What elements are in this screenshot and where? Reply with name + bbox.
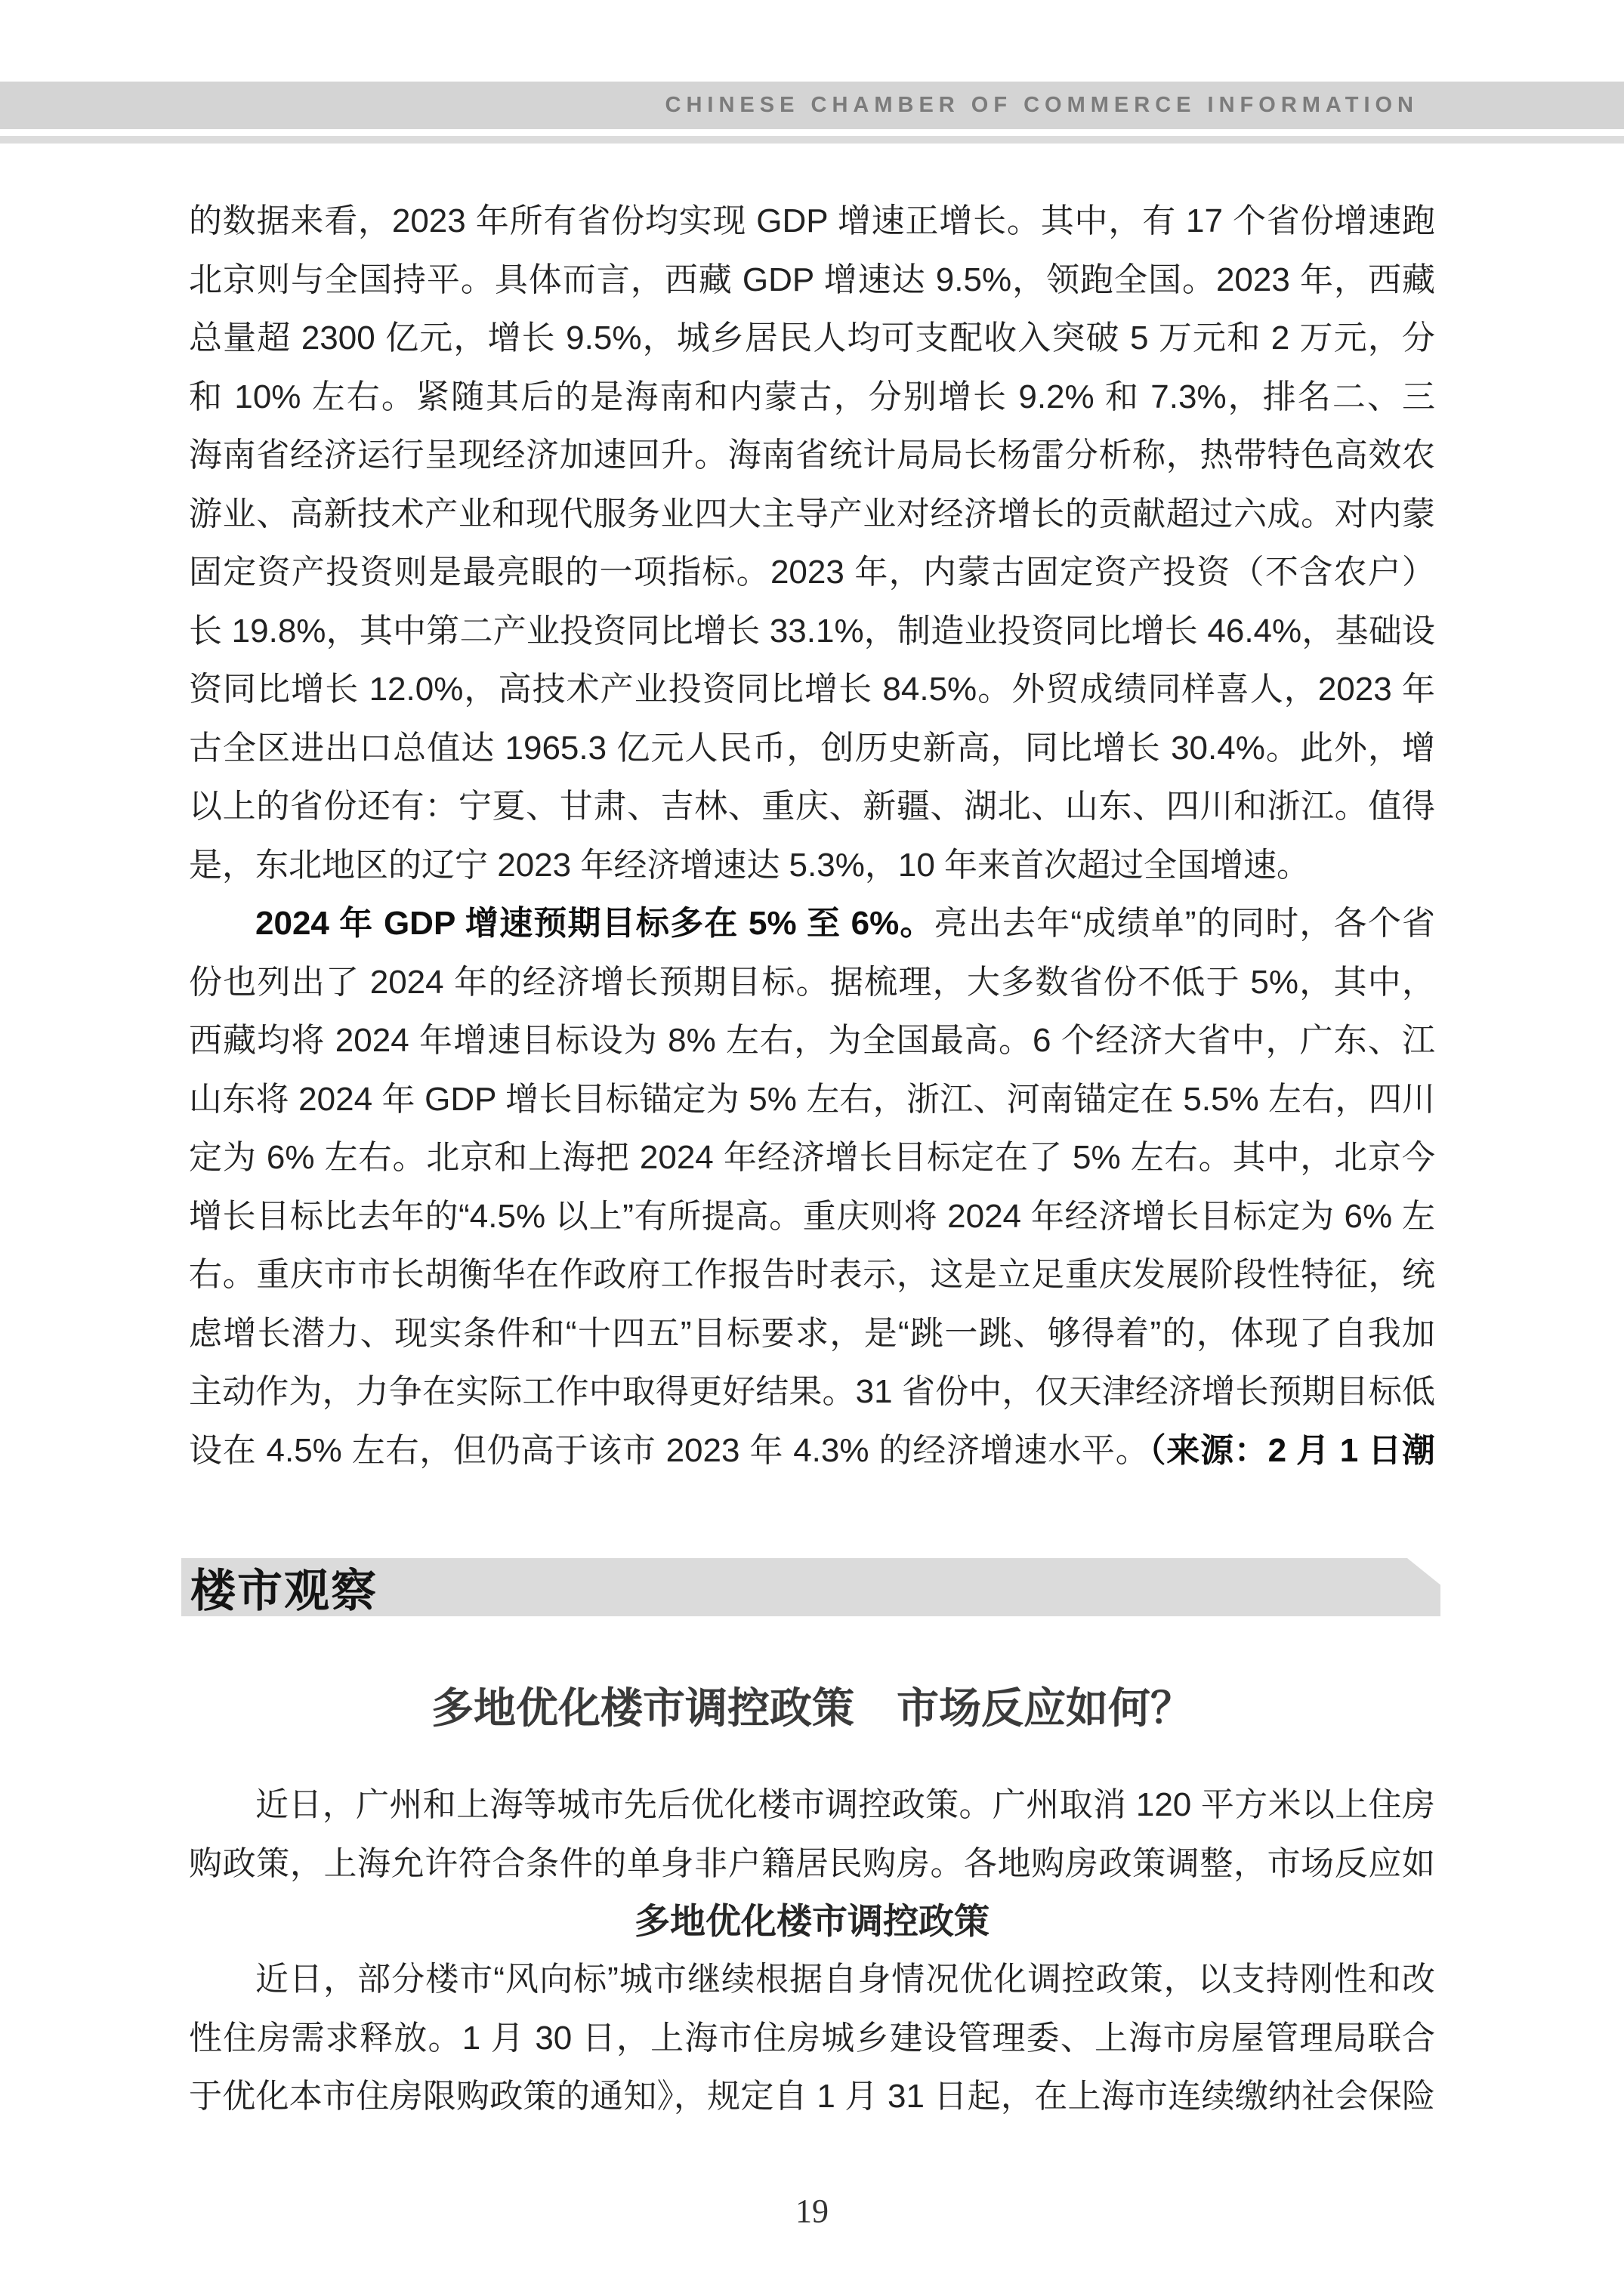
body-line: 山东将 2024 年 GDP 增长目标锚定为 5% 左右，浙江、河南锚定在 5.… [189,1070,1435,1129]
body-line: 于优化本市住房限购政策的通知》，规定自 1 月 31 日起，在上海市连续缴纳社会… [189,2067,1435,2126]
body-line: 份也列出了 2024 年的经济增长预期目标。据梳理，大多数省份不低于 5%，其中… [189,953,1435,1012]
body-line: 资同比增长 12.0%，高技术产业投资同比增长 84.5%。外贸成绩同样喜人，2… [189,660,1435,719]
paragraph-housing-policy: 近日，部分楼市“风向标”城市继续根据自身情况优化调控政策，以支持刚性和改善 性住… [189,1950,1435,2126]
header-rule [0,136,1624,144]
body-line-text: 亮出去年“成绩单”的同时，各个省 [934,905,1435,942]
body-line: 定为 6% 左右。北京和上海把 2024 年经济增长目标定在了 5% 左右。其中… [189,1128,1435,1187]
body-line: 西藏均将 2024 年增速目标设为 8% 左右，为全国最高。6 个经济大省中，广… [189,1011,1435,1070]
body-line: 总量超 2300 亿元，增长 9.5%，城乡居民人均可支配收入突破 5 万元和 … [189,309,1435,368]
article-title: 多地优化楼市调控政策 市场反应如何？ [189,1683,1435,1734]
masthead-text: CHINESE CHAMBER OF COMMERCE INFORMATION [665,93,1419,118]
body-line: 性住房需求释放。1 月 30 日，上海市住房城乡建设管理委、上海市房屋管理局联合… [189,2009,1435,2068]
body-line: 增长目标比去年的“4.5% 以上”有所提高。重庆则将 2024 年经济增长目标定… [189,1187,1435,1246]
body-line: 是，东北地区的辽宁 2023 年经济增速达 5.3%，10 年来首次超过全国增速… [189,836,1435,895]
body-line: 游业、高新技术产业和现代服务业四大主导产业对经济增长的贡献超过六成。对内蒙古来说… [189,485,1435,544]
body-line: 近日，广州和上海等城市先后优化楼市调控政策。广州取消 120 平方米以上住房的限 [189,1776,1435,1835]
body-line: 2024 年 GDP 增速预期目标多在 5% 至 6%。亮出去年“成绩单”的同时… [189,894,1435,953]
subheading: 多地优化楼市调控政策 [189,1892,1435,1951]
body-line: 长 19.8%，其中第二产业投资同比增长 33.1%，制造业投资同比增长 46.… [189,602,1435,661]
bold-lead-sentence: 2024 年 GDP 增速预期目标多在 5% 至 6%。 [255,905,934,942]
paragraph-housing-intro: 近日，广州和上海等城市先后优化楼市调控政策。广州取消 120 平方米以上住房的限… [189,1776,1435,1893]
body-line: 的数据来看，2023 年所有省份均实现 GDP 增速正增长。其中，有 17 个省… [189,192,1435,251]
body-line: 和 10% 左右。紧随其后的是海南和内蒙古，分别增长 9.2% 和 7.3%，排… [189,368,1435,427]
body-line: 购政策，上海允许符合条件的单身非户籍居民购房。各地购房政策调整，市场反应如何？ [189,1835,1435,1893]
body-line-text: 设在 4.5% 左右，但仍高于该市 2023 年 4.3% 的经济增速水平。 [189,1432,1150,1469]
body-line: 以上的省份还有：宁夏、甘肃、吉林、重庆、新疆、湖北、山东、四川和浙江。值得一提的 [189,777,1435,836]
body-line: 海南省经济运行呈现经济加速回升。海南省统计局局长杨雷分析称，热带特色高效农业、旅 [189,426,1435,485]
body-line: 设在 4.5% 左右，但仍高于该市 2023 年 4.3% 的经济增速水平。（来… [189,1421,1435,1480]
body-line: 近日，部分楼市“风向标”城市继续根据自身情况优化调控政策，以支持刚性和改善 [189,1950,1435,2009]
body-line: 右。重庆市市长胡衡华在作政府工作报告时表示，这是立足重庆发展阶段性特征，统筹考 [189,1245,1435,1304]
body-line: 主动作为，力争在实际工作中取得更好结果。31 省份中，仅天津经济增长预期目标低于… [189,1363,1435,1421]
header-bar: CHINESE CHAMBER OF COMMERCE INFORMATION [0,82,1624,129]
body-line: 虑增长潜力、现实条件和“十四五”目标要求，是“跳一跳、够得着”的，体现了自我加压… [189,1304,1435,1363]
section-band-label: 楼市观察 [190,1555,378,1620]
body-line: 固定资产投资则是最亮眼的一项指标。2023 年，内蒙古固定资产投资（不含农户）同… [189,543,1435,602]
paragraph-gdp-2024: 2024 年 GDP 增速预期目标多在 5% 至 6%。亮出去年“成绩单”的同时… [189,894,1435,1480]
newsletter-page: CHINESE CHAMBER OF COMMERCE INFORMATION … [0,0,1624,2293]
body-line: 古全区进出口总值达 1965.3 亿元人民币，创历史新高，同比增长 30.4%。… [189,719,1435,778]
page-number: 19 [0,2192,1624,2230]
section-band: 楼市观察 [181,1558,1440,1616]
body-line: 北京则与全国持平。具体而言，西藏 GDP 增速达 9.5%，领跑全国。2023 … [189,251,1435,310]
paragraph-gdp-2023: 的数据来看，2023 年所有省份均实现 GDP 增速正增长。其中，有 17 个省… [189,192,1435,894]
